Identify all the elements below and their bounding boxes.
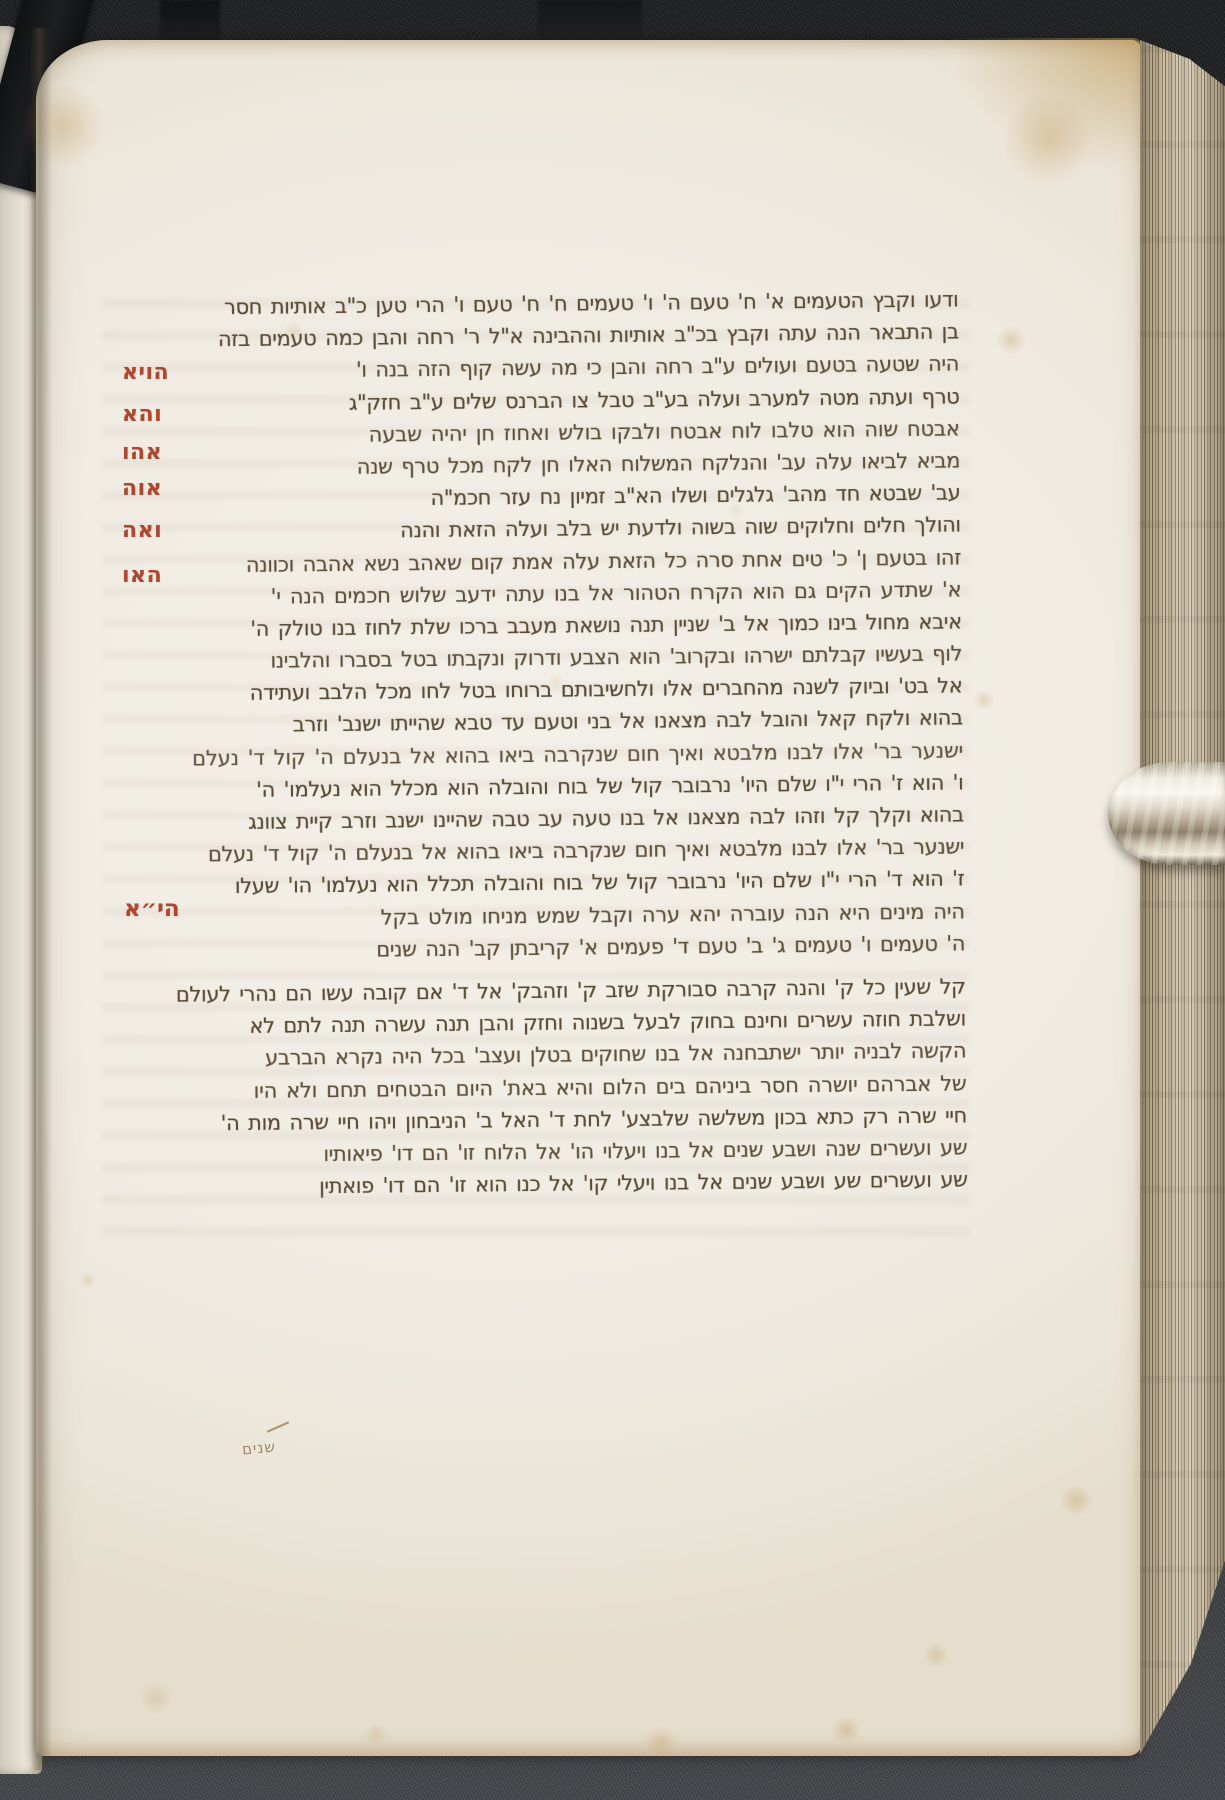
foxing-spot (973, 689, 995, 711)
foxing-spot (923, 1642, 949, 1668)
foxing-spot (139, 1681, 173, 1715)
catchword: שנים (241, 1438, 276, 1459)
catchword-mark (267, 1421, 290, 1433)
text-block: ודעו וקבץ הטעמים א' ח' טעם ה' ו' טעמים ח… (107, 283, 968, 1204)
rubric-word: הי״א (124, 896, 180, 922)
foxing-spot (1059, 1483, 1093, 1517)
photo-stage: ודעו וקבץ הטעמים א' ח' טעם ה' ו' טעמים ח… (0, 0, 1225, 1800)
marginal-red-word: אוה (122, 476, 162, 501)
foxing-spot (364, 1722, 388, 1746)
manuscript-page: ודעו וקבץ הטעמים א' ח' טעם ה' ו' טעמים ח… (36, 40, 1142, 1756)
marginal-red-word: הויא (122, 360, 169, 385)
foxing-spot (79, 1271, 97, 1289)
foxing-spot (996, 325, 1026, 355)
book-fore-edge (1140, 40, 1225, 1756)
marginal-red-word: והא (122, 402, 162, 427)
marginal-red-word: ואה (122, 518, 162, 543)
foxing-spot (644, 1725, 678, 1759)
foxing-spot (831, 1715, 861, 1745)
glass-page-weight (1108, 762, 1225, 865)
marginal-red-word: אהו (122, 440, 162, 465)
foxing-spot (1002, 94, 1094, 186)
gutter-shadow (30, 28, 52, 1770)
marginal-red-word: האו (122, 563, 162, 588)
